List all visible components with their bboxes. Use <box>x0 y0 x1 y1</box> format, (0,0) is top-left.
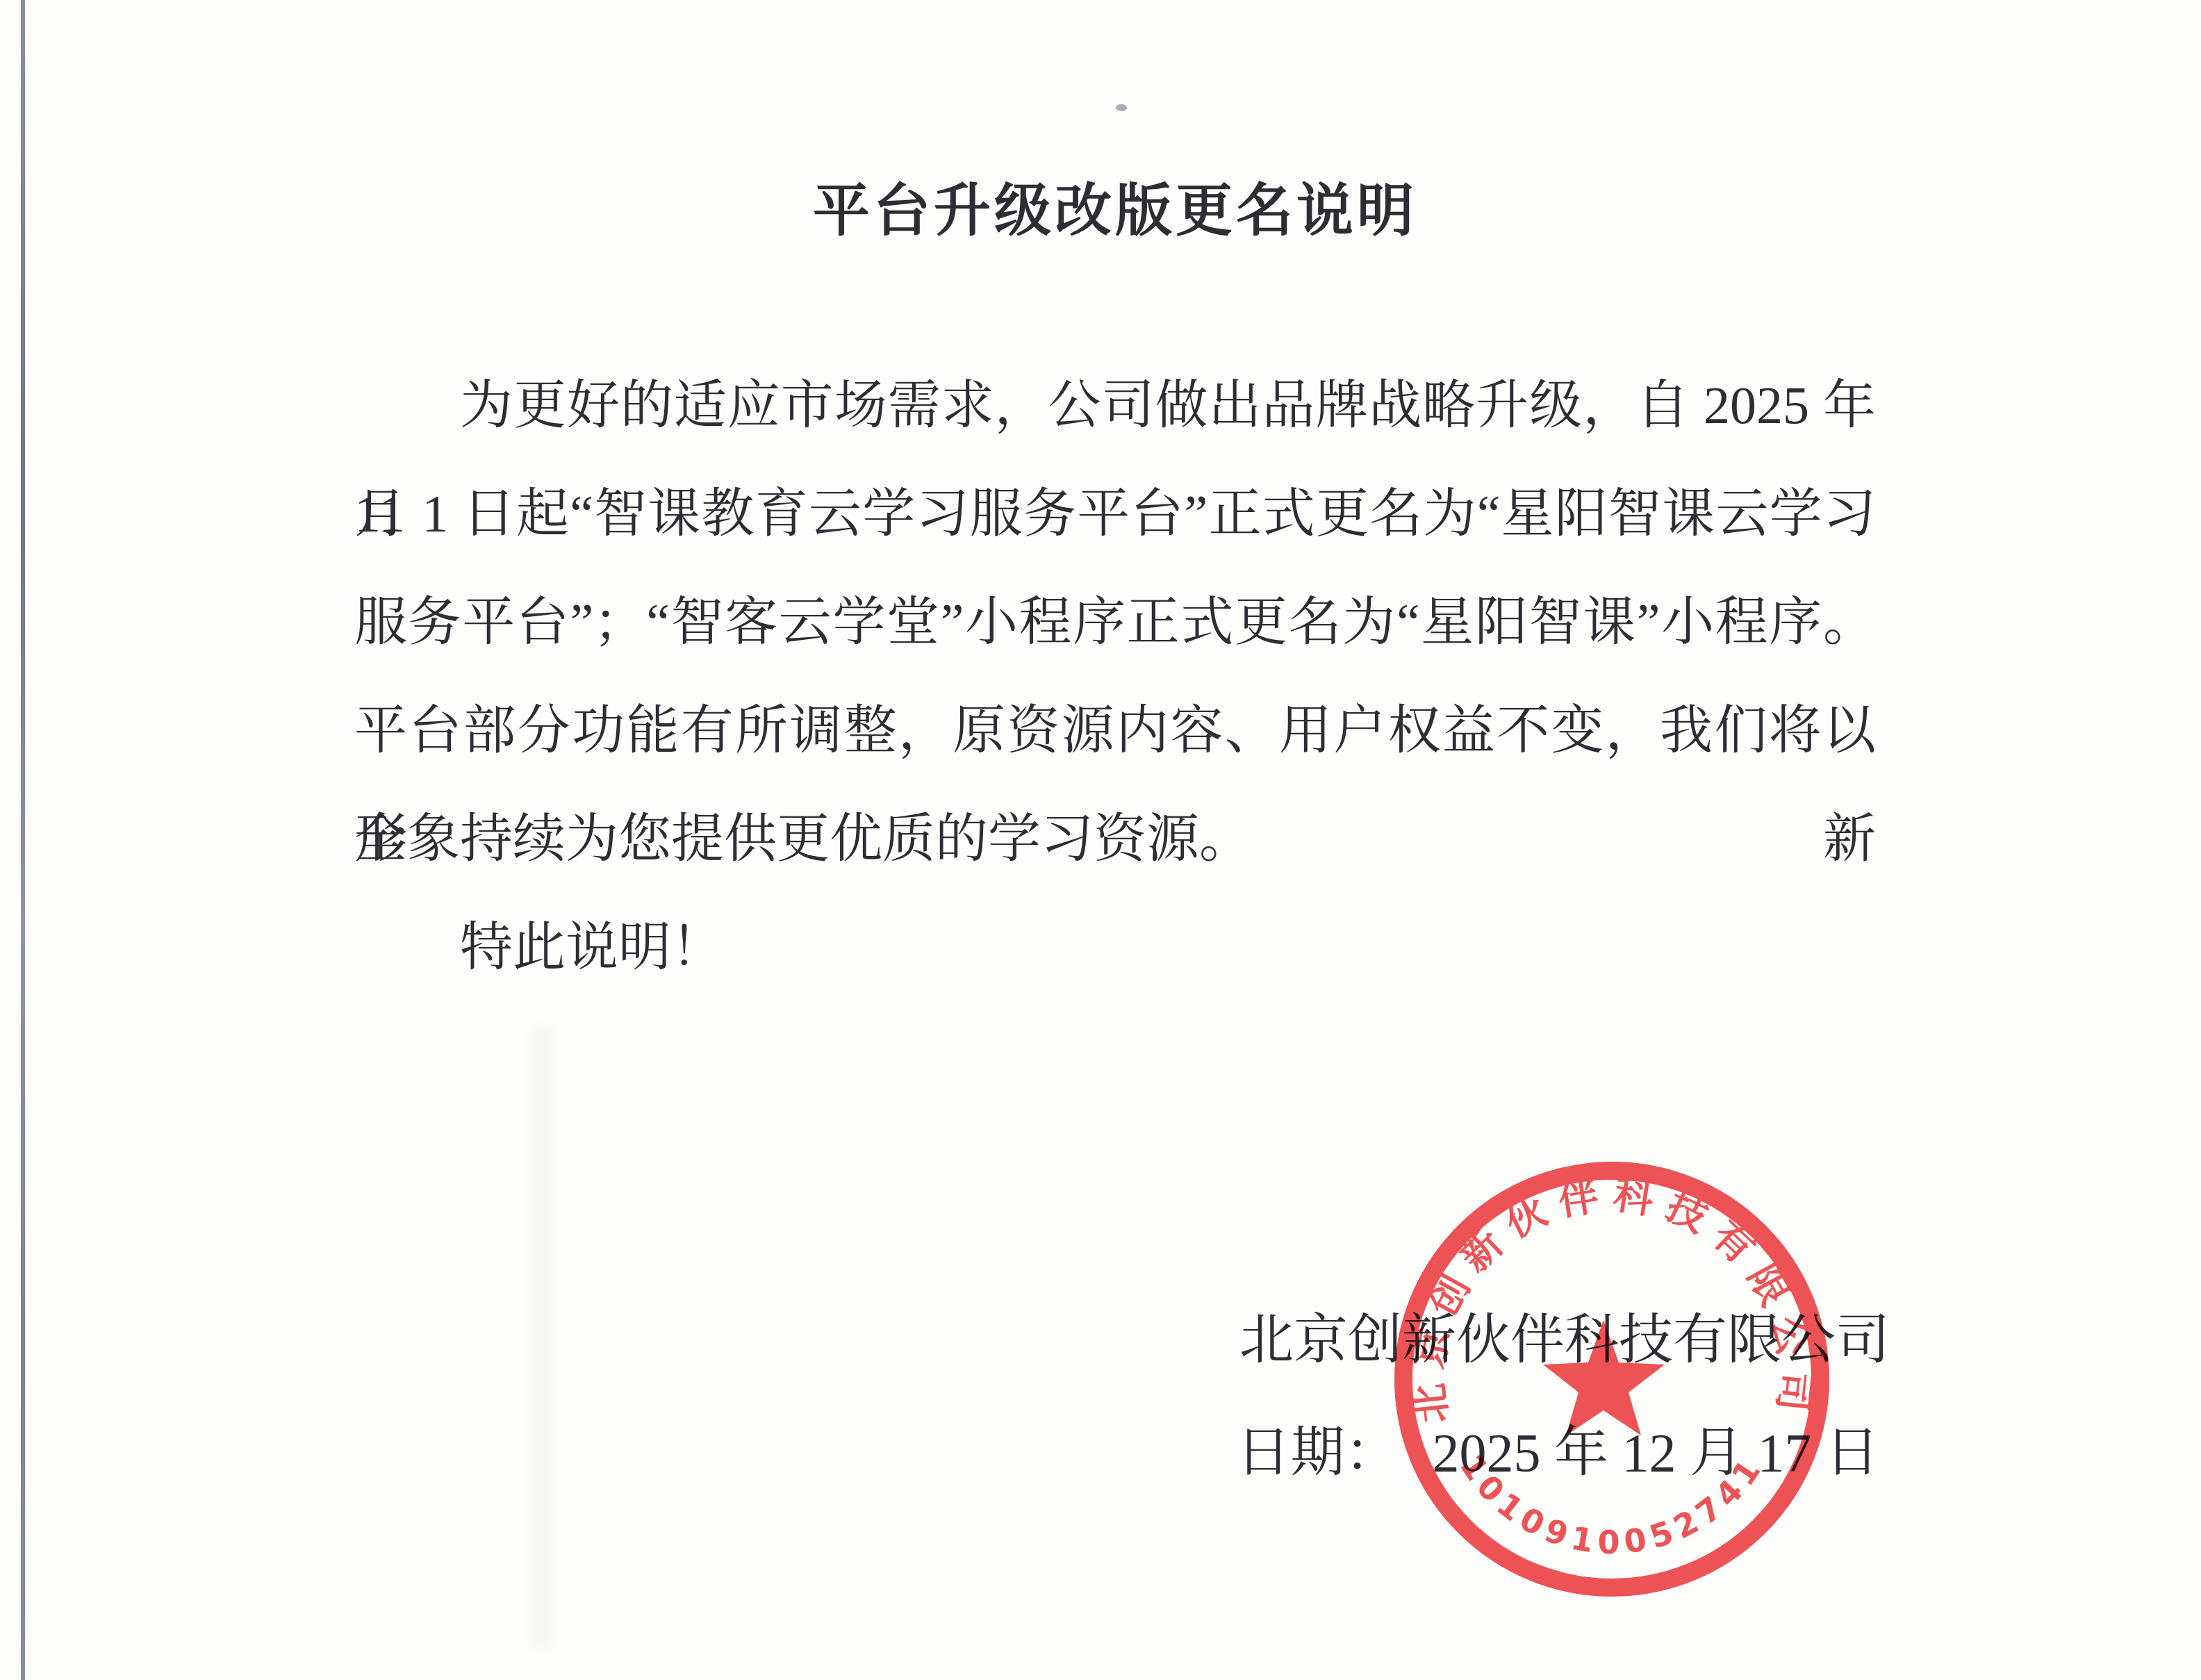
scan-speck <box>1116 104 1127 111</box>
scanned-document-page: 平台升级改版更名说明 为更好的适应市场需求，公司做出品牌战略升级，自 2025 … <box>0 0 2201 1680</box>
document-title: 平台升级改版更名说明 <box>354 165 1876 247</box>
body-line-4: 平台部分功能有所调整，原资源内容、用户权益不变，我们将以全新 <box>354 677 1876 785</box>
svg-text:1010910052741: 1010910052741 <box>1453 1448 1772 1561</box>
body-line-3: 服务平台”；“智客云学堂”小程序正式更名为“星阳智课”小程序。 <box>354 568 1876 677</box>
document-body: 为更好的适应市场需求，公司做出品牌战略升级，自 2025 年 11 月 1 日起… <box>354 352 1876 1002</box>
seal-serial-number: 1010910052741 <box>1453 1448 1772 1561</box>
company-seal-stamp: 北京创新伙伴科技有限公司 1010910052741 <box>1383 1150 1841 1608</box>
body-line-6: 特此说明！ <box>354 893 1876 1002</box>
body-line-1: 为更好的适应市场需求，公司做出品牌战略升级，自 2025 年 11 <box>354 352 1876 460</box>
scan-edge-line <box>21 0 25 1680</box>
star-icon <box>1543 1320 1665 1435</box>
date-label: 日期： <box>1236 1422 1399 1483</box>
body-line-2: 月 1 日起“智课教育云学习服务平台”正式更名为“星阳智课云学习 <box>354 460 1876 568</box>
